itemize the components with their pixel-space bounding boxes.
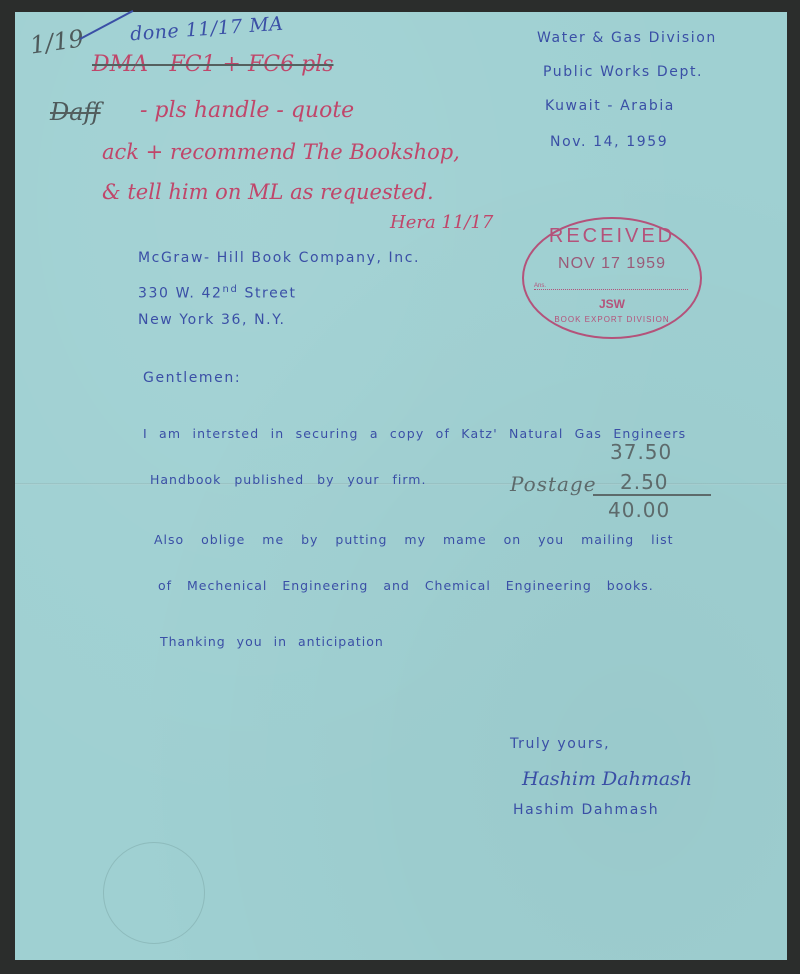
recipient-city: New York 36, N.Y. (138, 312, 286, 328)
handler-initials: Hera 11/17 (390, 212, 493, 233)
sender-dept: Public Works Dept. (543, 64, 703, 80)
letter-date: Nov. 14, 1959 (550, 134, 668, 150)
body-line-4: of Mechenical Engineering and Chemical E… (158, 578, 654, 593)
street-name: Street (238, 286, 296, 302)
instruction-line-3: & tell him on ML as requested. (102, 180, 434, 204)
sum-rule (593, 494, 711, 496)
stamp-initials: JSW (524, 297, 700, 311)
sender-location: Kuwait - Arabia (545, 98, 675, 114)
stamp-date: NOV 17 1959 (524, 255, 700, 273)
struck-routing-line: DMA - FC1 + FC6 pls (92, 52, 333, 77)
stamp-title: RECEIVED (524, 225, 700, 248)
routing-prefix: Daff (50, 98, 101, 126)
received-stamp: RECEIVED NOV 17 1959 Ans. JSW BOOK EXPOR… (522, 217, 702, 339)
pencil-postage-label: Postage (510, 472, 597, 496)
recipient-street: 330 W. 42nd Street (138, 284, 297, 302)
printed-name: Hashim Dahmash (513, 802, 659, 818)
stamp-division: BOOK EXPORT DIVISION (524, 315, 700, 324)
faint-seal-impression (103, 842, 205, 944)
pencil-postage: 2.50 (620, 470, 669, 494)
body-line-3: Also oblige me by putting my mame on you… (154, 532, 674, 547)
street-ordinal: nd (223, 284, 239, 295)
salutation: Gentlemen: (143, 370, 241, 386)
signature: Hashim Dahmash (522, 768, 692, 790)
instruction-line-2: ack + recommend The Bookshop, (102, 140, 460, 164)
pencil-price: 37.50 (610, 440, 672, 464)
stamp-answer-line: Ans. (534, 289, 688, 290)
body-line-5: Thanking you in anticipation (160, 634, 384, 649)
sender-division: Water & Gas Division (537, 30, 717, 46)
valediction: Truly yours, (510, 736, 610, 752)
pencil-total: 40.00 (608, 498, 670, 522)
body-line-1: I am intersted in securing a copy of Kat… (143, 426, 686, 441)
recipient-company: McGraw- Hill Book Company, Inc. (138, 250, 420, 266)
instruction-line-1: - pls handle - quote (140, 98, 354, 123)
street-number: 330 W. 42 (138, 286, 223, 302)
stamp-ans-label: Ans. (534, 283, 546, 289)
body-line-2: Handbook published by your firm. (150, 472, 426, 487)
